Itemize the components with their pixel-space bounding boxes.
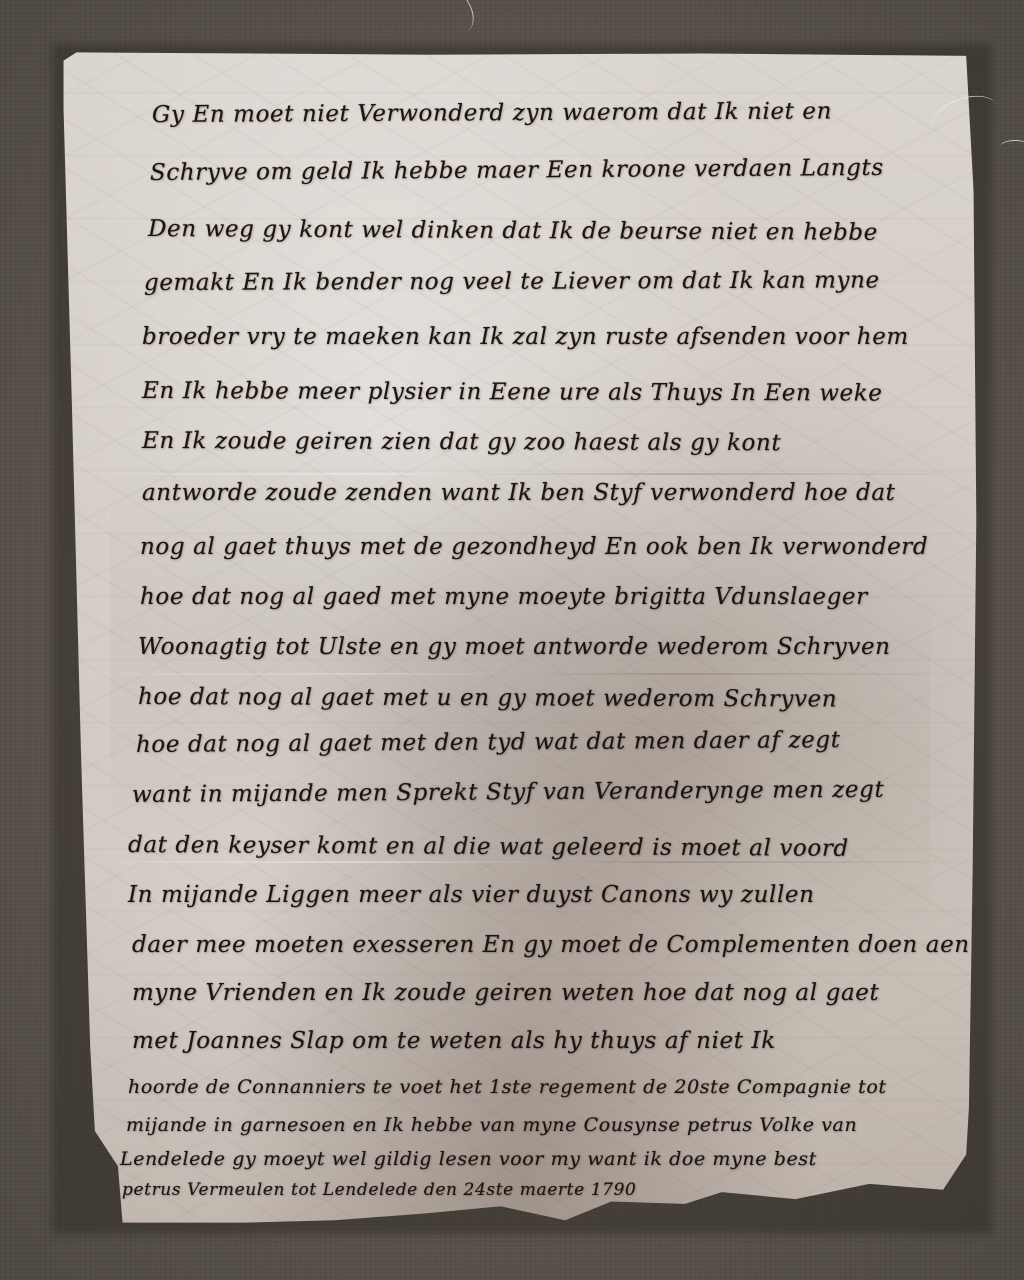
- photo-scratch: [441, 0, 478, 36]
- letter-line-4: gemakt En Ik bender nog veel te Liever o…: [144, 267, 1024, 314]
- letter-line-1: Gy En moet niet Verwonderd zyn waerom da…: [152, 97, 1024, 146]
- letter-line-16: In mijande Liggen meer als vier duyst Ca…: [128, 882, 1008, 926]
- letter-line-7: En Ik zoude geiren zien dat gy zoo haest…: [142, 428, 1022, 475]
- handwritten-letter-body: Gy En moet niet Verwonderd zyn waerom da…: [92, 92, 972, 1064]
- letter-signature-line: petrus Vermeulen tot Lendelede den 24ste…: [122, 1180, 1002, 1208]
- letter-line-8: antworde zoude zenden want Ik ben Styf v…: [142, 480, 1022, 524]
- letter-line-19: met Joannes Slap om te weten als hy thuy…: [132, 1028, 1012, 1072]
- letter-line-9: nog al gaet thuys met de gezondheyd En o…: [140, 534, 1020, 578]
- letter-line-2: Schryve om geld Ik hebbe maer Een kroone…: [150, 154, 1024, 204]
- letter-line-5: broeder vry te maeken kan Ik zal zyn rus…: [142, 324, 1022, 368]
- letter-line-12: hoe dat nog al gaet met u en gy moet wed…: [138, 684, 1018, 731]
- letter-line-15: dat den keyser komt en al die wat geleer…: [128, 832, 1008, 881]
- letter-line-20: hoorde de Connanniers te voet het 1ste r…: [128, 1076, 1008, 1112]
- letter-line-3: Den weg gy kont wel dinken dat Ik de beu…: [148, 216, 1024, 265]
- letter-line-13: hoe dat nog al gaet met den tyd wat dat …: [136, 726, 1016, 776]
- letter-line-18: myne Vrienden en Ik zoude geiren weten h…: [132, 980, 1012, 1024]
- photo-scratch: [1000, 140, 1024, 153]
- letter-line-17: daer mee moeten exesseren En gy moet de …: [132, 932, 1012, 976]
- letter-line-11: Woonagtig tot Ulste en gy moet antworde …: [138, 634, 1018, 678]
- letter-line-21: mijande in garnesoen en Ik hebbe van myn…: [126, 1114, 1006, 1150]
- letter-line-10: hoe dat nog al gaed met myne moeyte brig…: [140, 584, 1020, 628]
- letter-line-14: want in mijande men Sprekt Styf van Vera…: [132, 776, 1012, 826]
- letter-line-22: Lendelede gy moeyt wel gildig lesen voor…: [120, 1148, 1000, 1184]
- letter-line-6: En Ik hebbe meer plysier in Eene ure als…: [142, 378, 1022, 425]
